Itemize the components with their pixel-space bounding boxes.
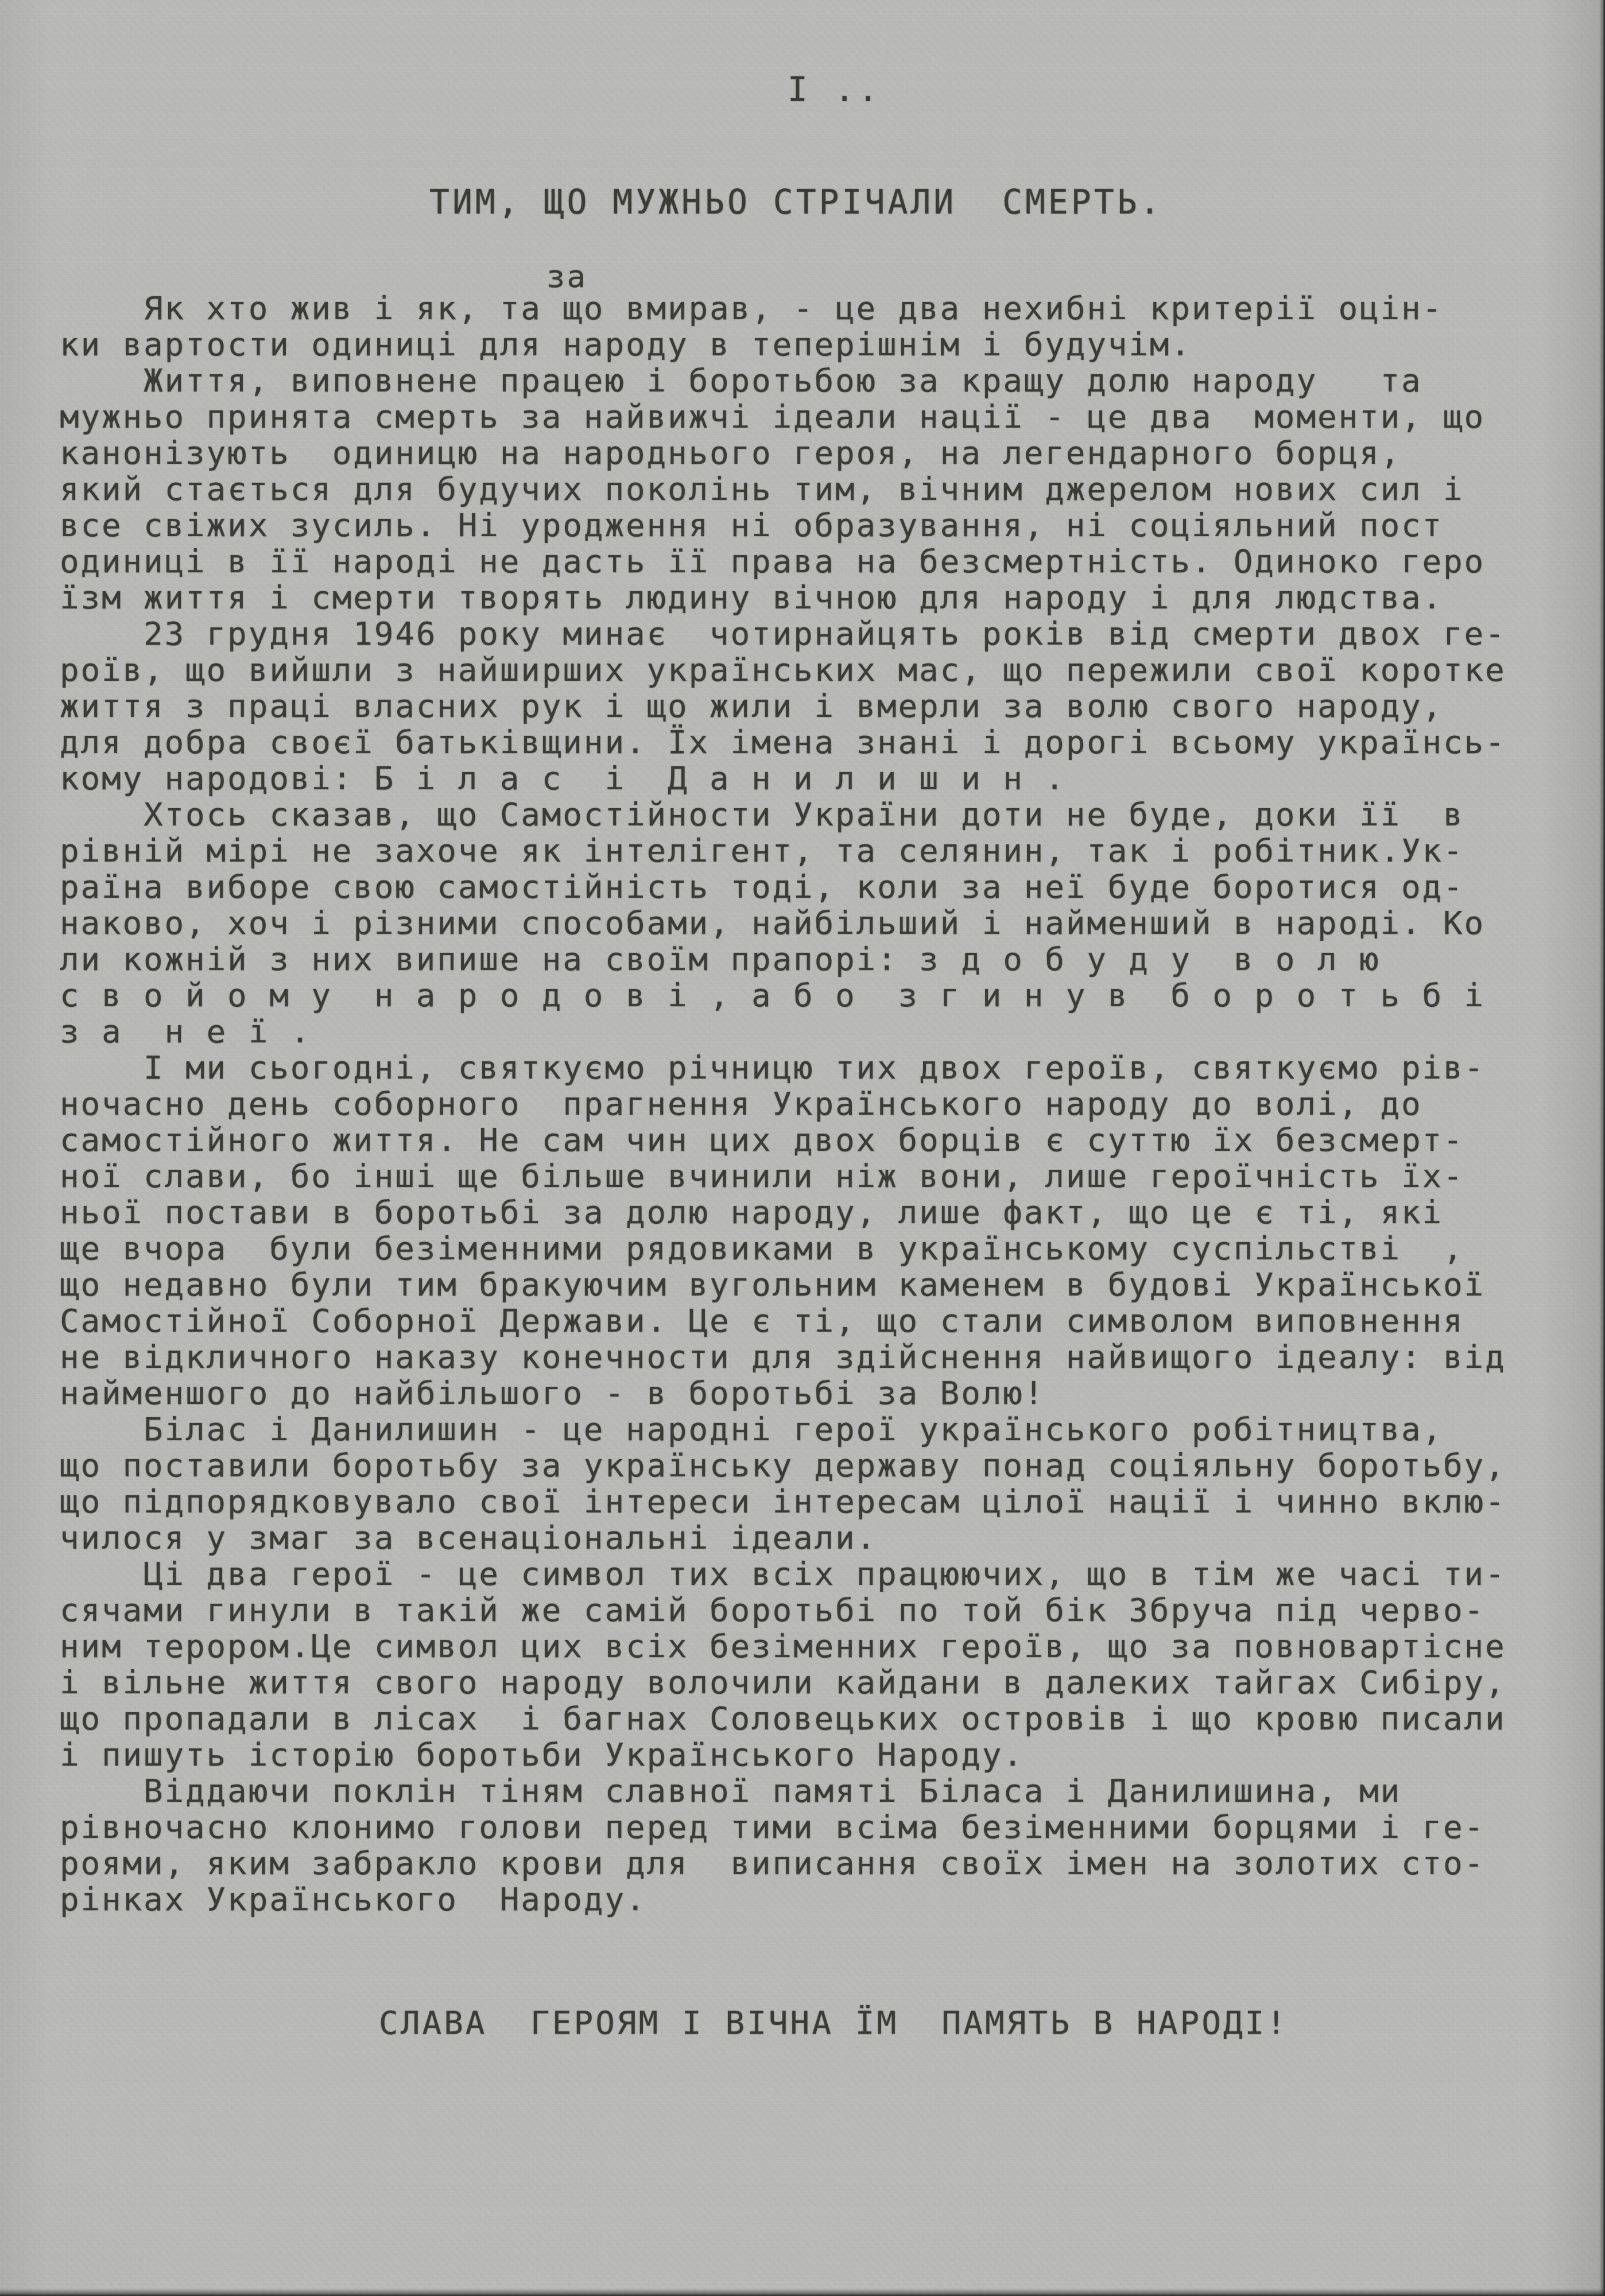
text-line: Віддаючи поклін тіням славної памяті Біл… [60,1773,1564,1809]
text-line: і вільне життя свого народу волочили кай… [60,1665,1564,1701]
document-title: ТИМ, ЩО МУЖНЬО СТРІЧАЛИ СМЕРТЬ. [429,183,1162,222]
text-line: ночасно день соборного прагнення Українс… [60,1086,1564,1122]
page-number: I .. [788,70,882,109]
text-line: рінках Українського Народу. [60,1882,1564,1918]
text-line: роїв, що вийшли з найширших українських … [60,652,1564,688]
typed-text-layer: I .. ТИМ, ЩО МУЖНЬО СТРІЧАЛИ СМЕРТЬ. за … [0,0,1605,2296]
text-line: канонізують одиницю на народнього героя,… [60,435,1564,471]
text-line: для добра своєї батьківщини. Їх імена зн… [60,724,1564,761]
text-line: найменшого до найбільшого - в боротьбі з… [60,1375,1564,1411]
text-line: ли кожній з них випише на своїм прапорі:… [60,941,1564,978]
text-line: який стається для будучих поколінь тим, … [60,471,1564,507]
typed-insertion-word: за [546,258,587,294]
text-line: ньої постави в боротьбі за долю народу, … [60,1194,1564,1231]
text-line: с в о й о м у н а р о д о в і , а б о з … [60,978,1564,1014]
text-line: ки вартости одиниці для народу в теперіш… [60,327,1564,363]
text-line: сячами гинули в такій же самій боротьбі … [60,1592,1564,1628]
text-line: 23 грудня 1946 року минає чотирнайцять р… [60,616,1564,652]
text-line: з а н е ї . [60,1014,1564,1050]
text-line: рівній мірі не захоче як інтелігент, та … [60,833,1564,869]
text-line: кому народові: Б і л а с і Д а н и л и ш… [60,761,1564,797]
text-line: що пропадали в лісах і багнах Соловецьки… [60,1701,1564,1737]
text-line: Білас і Данилишин - це народні герої укр… [60,1411,1564,1448]
text-line: Ці два герої - це символ тих всіх працюю… [60,1556,1564,1592]
text-line: роями, яким забракло крови для виписання… [60,1845,1564,1882]
text-line: і пишуть історію боротьби Українського Н… [60,1737,1564,1773]
text-line: І ми сьогодні, святкуємо річницю тих дво… [60,1050,1564,1086]
text-line: що підпорядковувало свої інтереси інтере… [60,1484,1564,1520]
text-line: все свіжих зусиль. Ні уродження ні образ… [60,507,1564,544]
text-line: ще вчора були безіменними рядовиками в у… [60,1231,1564,1267]
text-line: рівночасно клонимо голови перед тими всі… [60,1809,1564,1845]
text-line: наково, хоч і різними способами, найбіль… [60,905,1564,941]
text-line: життя з праці власних рук і що жили і вм… [60,688,1564,724]
text-line: що поставили боротьбу за українську держ… [60,1448,1564,1484]
text-line: самостійного життя. Не сам чин цих двох … [60,1122,1564,1158]
text-line: не відкличного наказу конечности для зді… [60,1339,1564,1375]
text-line: Як хто жив і як, та що вмирав, - це два … [60,290,1564,327]
text-line: раїна виборе свою самостійність тоді, ко… [60,869,1564,905]
text-line: їзм життя і смерти творять людину вічною… [60,580,1564,616]
text-line: Життя, виповнене працею і боротьбою за к… [60,363,1564,399]
text-line: що недавно були тим бракуючим вугольним … [60,1267,1564,1303]
document-body: Як хто жив і як, та що вмирав, - це два … [60,290,1564,1918]
text-line: чилося у змаг за всенаціональні ідеали. [60,1520,1564,1556]
text-line: ної слави, бо інші ще більше вчинили ніж… [60,1158,1564,1194]
text-line: Самостійної Соборної Держави. Це є ті, щ… [60,1303,1564,1339]
text-line: ним терором.Це символ цих всіх безіменни… [60,1628,1564,1665]
text-line: Хтось сказав, що Самостійности України д… [60,797,1564,833]
document-page: I .. ТИМ, ЩО МУЖНЬО СТРІЧАЛИ СМЕРТЬ. за … [0,0,1605,2296]
text-line: мужньо принята смерть за найвижчі ідеали… [60,399,1564,435]
closing-slogan: СЛАВА ГЕРОЯМ І ВІЧНА ЇМ ПАМЯТЬ В НАРОДІ! [379,2004,1288,2042]
text-line: одиниці в її народі не дасть її права на… [60,544,1564,580]
